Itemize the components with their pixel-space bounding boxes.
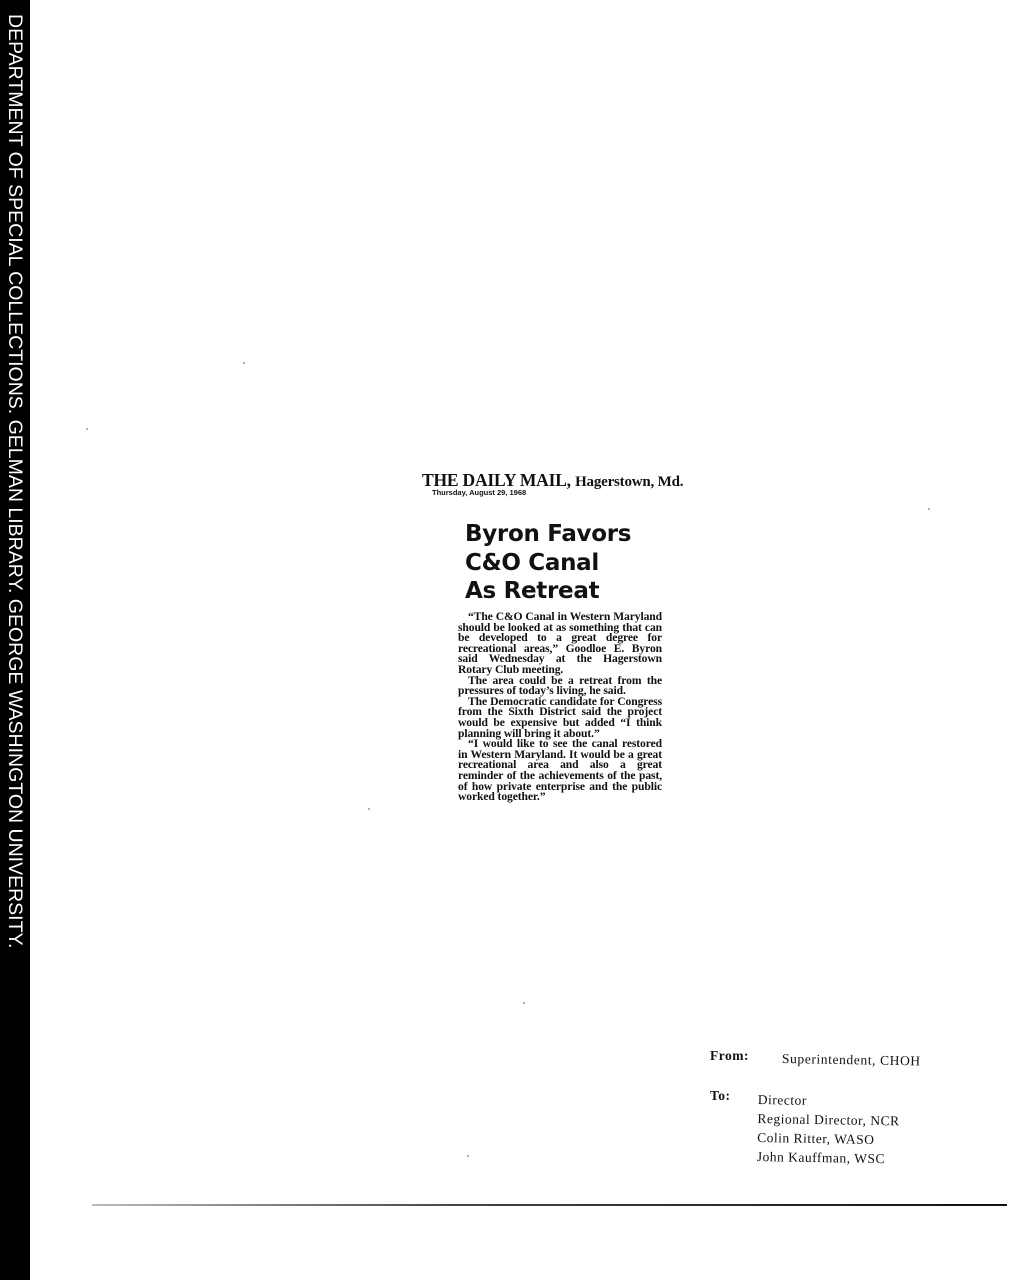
- bottom-rule: [92, 1204, 1007, 1206]
- newspaper-masthead: THE DAILY MAIL, Hagerstown, Md. Thursday…: [422, 470, 683, 497]
- scan-speck: [928, 508, 930, 510]
- from-label: From:: [710, 1048, 749, 1064]
- from-value: Superintendent, CHOH: [782, 1051, 921, 1069]
- archive-label: DEPARTMENT OF SPECIAL COLLECTIONS. GELMA…: [3, 14, 27, 948]
- to-label: To:: [710, 1088, 731, 1104]
- article-body: “The C&O Canal in Western Maryland shoul…: [458, 612, 662, 803]
- recipient: Colin Ritter, WASO: [757, 1128, 899, 1149]
- article-headline: Byron Favors C&O Canal As Retreat: [465, 520, 631, 606]
- scan-speck: [243, 362, 245, 364]
- archive-side-strip: DEPARTMENT OF SPECIAL COLLECTIONS. GELMA…: [0, 0, 30, 1280]
- scan-speck: [523, 1002, 525, 1004]
- newspaper-city: Hagerstown, Md.: [575, 474, 683, 490]
- scan-speck: [86, 428, 88, 430]
- to-recipients: Director Regional Director, NCR Colin Ri…: [757, 1090, 900, 1168]
- article-paragraph: “I would like to see the canal restored …: [458, 739, 662, 803]
- recipient: John Kauffman, WSC: [757, 1147, 899, 1168]
- scan-speck: [467, 1155, 469, 1157]
- recipient: Regional Director, NCR: [757, 1109, 899, 1130]
- article-paragraph: “The C&O Canal in Western Maryland shoul…: [458, 612, 662, 676]
- headline-line: Byron Favors: [465, 520, 631, 549]
- headline-line: As Retreat: [465, 577, 631, 606]
- newspaper-name: THE DAILY MAIL,: [422, 470, 571, 490]
- scan-speck: [368, 808, 370, 810]
- recipient: Director: [758, 1090, 900, 1111]
- article-paragraph: The area could be a retreat from the pre…: [458, 676, 662, 697]
- article-paragraph: The Democratic candidate for Congress fr…: [458, 697, 662, 739]
- headline-line: C&O Canal: [465, 549, 631, 578]
